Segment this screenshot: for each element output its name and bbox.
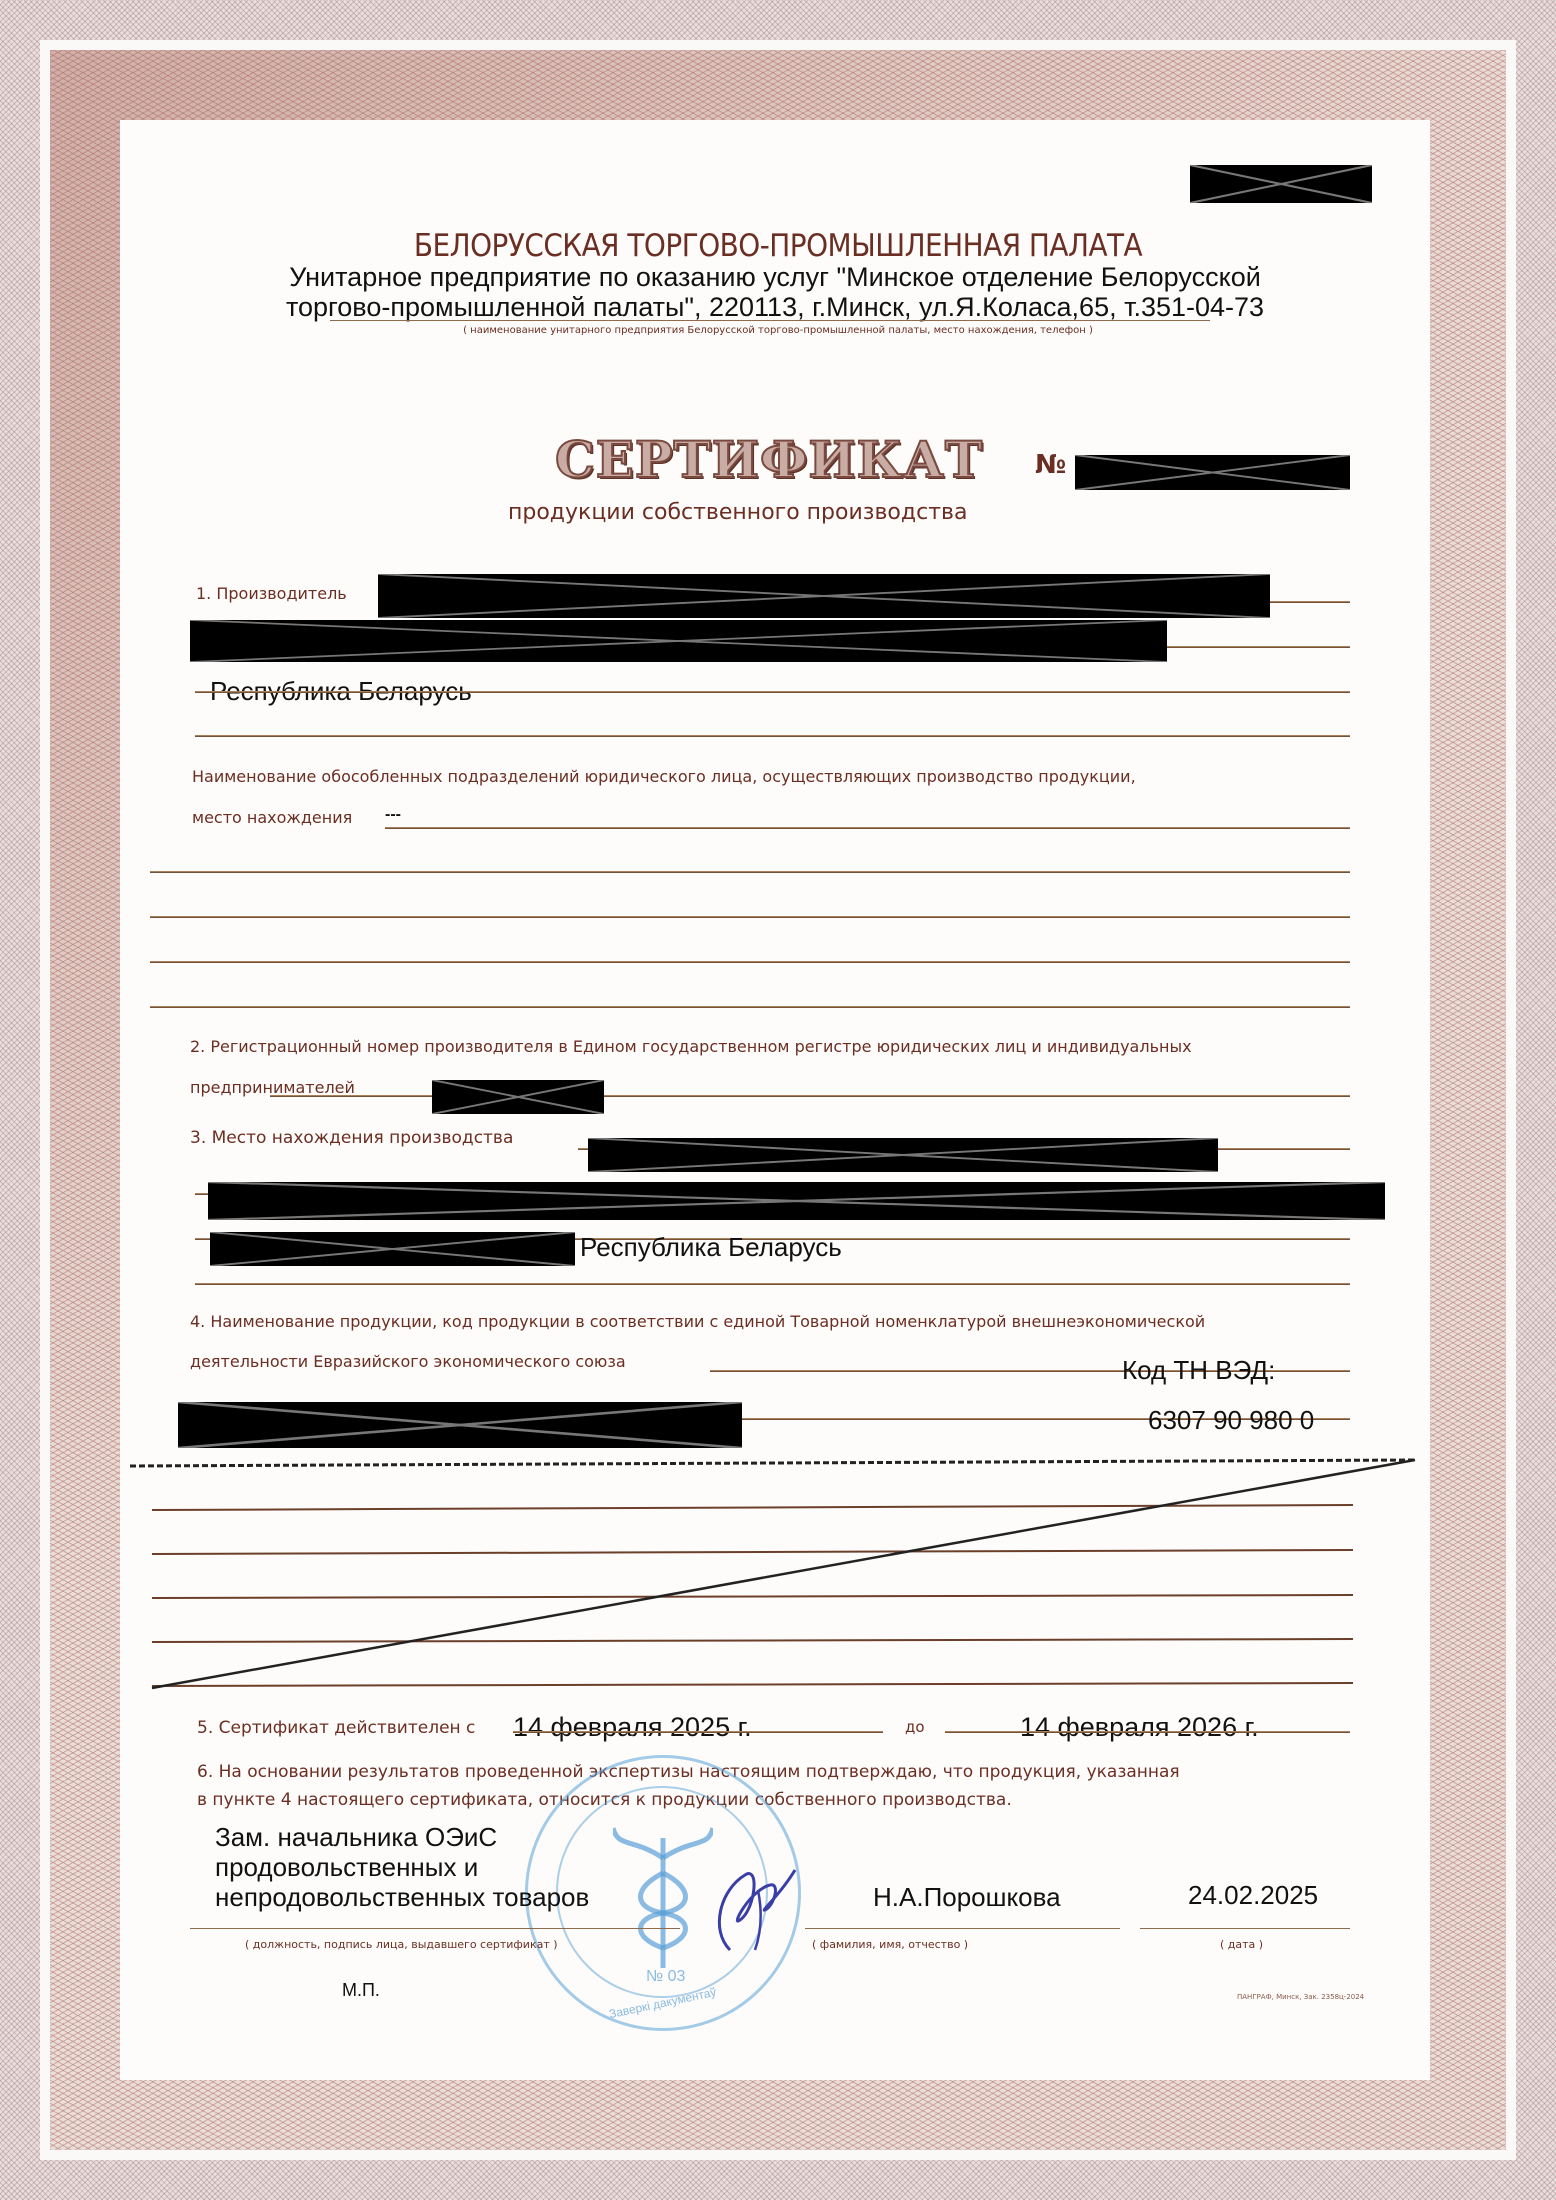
rule [195,735,1350,737]
registration-label-line-1: 2. Регистрационный номер производителя в… [190,1037,1192,1056]
producer-label: 1. Производитель [196,584,347,603]
certificate-subtitle: продукции собственного производства [508,500,967,525]
enterprise-caption: ( наименование унитарного предприятия Бе… [0,325,1556,336]
name-caption: ( фамилия, имя, отчество ) [812,1938,968,1951]
product-label-line-2: деятельности Евразийского экономического… [190,1352,626,1371]
validity-to-label: до [905,1718,925,1736]
tnved-code-value: 6307 90 980 0 [1148,1405,1314,1436]
rule [150,961,1350,963]
subdivisions-label-line-1: Наименование обособленных подразделений … [192,767,1136,786]
org-name: БЕЛОРУССКАЯ ТОРГОВО-ПРОМЫШЛЕННАЯ ПАЛАТА [0,228,1556,264]
number-label: № [1035,450,1066,480]
signer-position-line-2: продовольственных и [215,1852,478,1882]
redacted-block [1190,165,1372,203]
unused-lines-strikeout [120,1440,1440,1700]
redacted-production-location-1 [588,1138,1218,1172]
redacted-producer-address [190,620,1167,662]
rule [385,827,1350,829]
stamp-number: № 03 [646,1968,685,1986]
rule [190,1928,680,1929]
date-caption: ( дата ) [1220,1938,1263,1951]
rule [513,1731,883,1733]
redacted-production-location-2 [208,1182,1385,1220]
enterprise-line-1: Унитарное предприятие по оказанию услуг … [150,262,1400,292]
seal-placeholder-label: М.П. [342,1980,380,2001]
caduceus-icon [613,1818,713,1978]
rule [195,691,1350,693]
production-country: Республика Беларусь [580,1232,842,1263]
validity-label: 5. Сертификат действителен с [197,1718,475,1738]
rule [805,1928,1120,1929]
position-caption: ( должность, подпись лица, выдавшего сер… [245,1938,558,1951]
redacted-production-location-3 [210,1232,575,1266]
production-location-label: 3. Место нахождения производства [190,1128,513,1148]
redacted-registration-number [432,1080,604,1114]
subdivisions-label-line-2: место нахождения [192,808,352,827]
rule [1167,646,1350,648]
valid-to-date: 14 февраля 2026 г. [1020,1712,1259,1743]
redacted-producer-name [378,574,1270,618]
signer-position-line-1: Зам. начальника ОЭиС [215,1822,497,1852]
signature-date: 24.02.2025 [1188,1880,1318,1911]
enterprise-line-2: торгово-промышленной палаты", 220113, г.… [150,292,1400,322]
subdivisions-value: --- [385,806,401,824]
rule [150,1006,1350,1008]
redacted-certificate-number [1075,455,1350,490]
rule [150,916,1350,918]
valid-from-date: 14 февраля 2025 г. [513,1712,752,1743]
tnved-code-label: Код ТН ВЭД: [1122,1355,1275,1386]
rule [150,871,1350,873]
product-label-line-1: 4. Наименование продукции, код продукции… [190,1312,1205,1331]
rule [945,1731,1350,1733]
printer-note: ПАНГРАФ, Минск, Зак. 2358ц-2024 [1237,1993,1364,2001]
rule [195,1283,1350,1285]
signer-name: Н.А.Порошкова [873,1882,1061,1913]
rule [1270,601,1350,603]
rule [1140,1928,1350,1929]
signer-position-line-3: непродовольственных товаров [215,1882,589,1912]
certificate-title: СЕРТИФИКАТ [555,430,983,489]
enterprise-underline [330,320,1210,321]
handwritten-signature [700,1850,810,1960]
certificate-paper [120,120,1430,2080]
